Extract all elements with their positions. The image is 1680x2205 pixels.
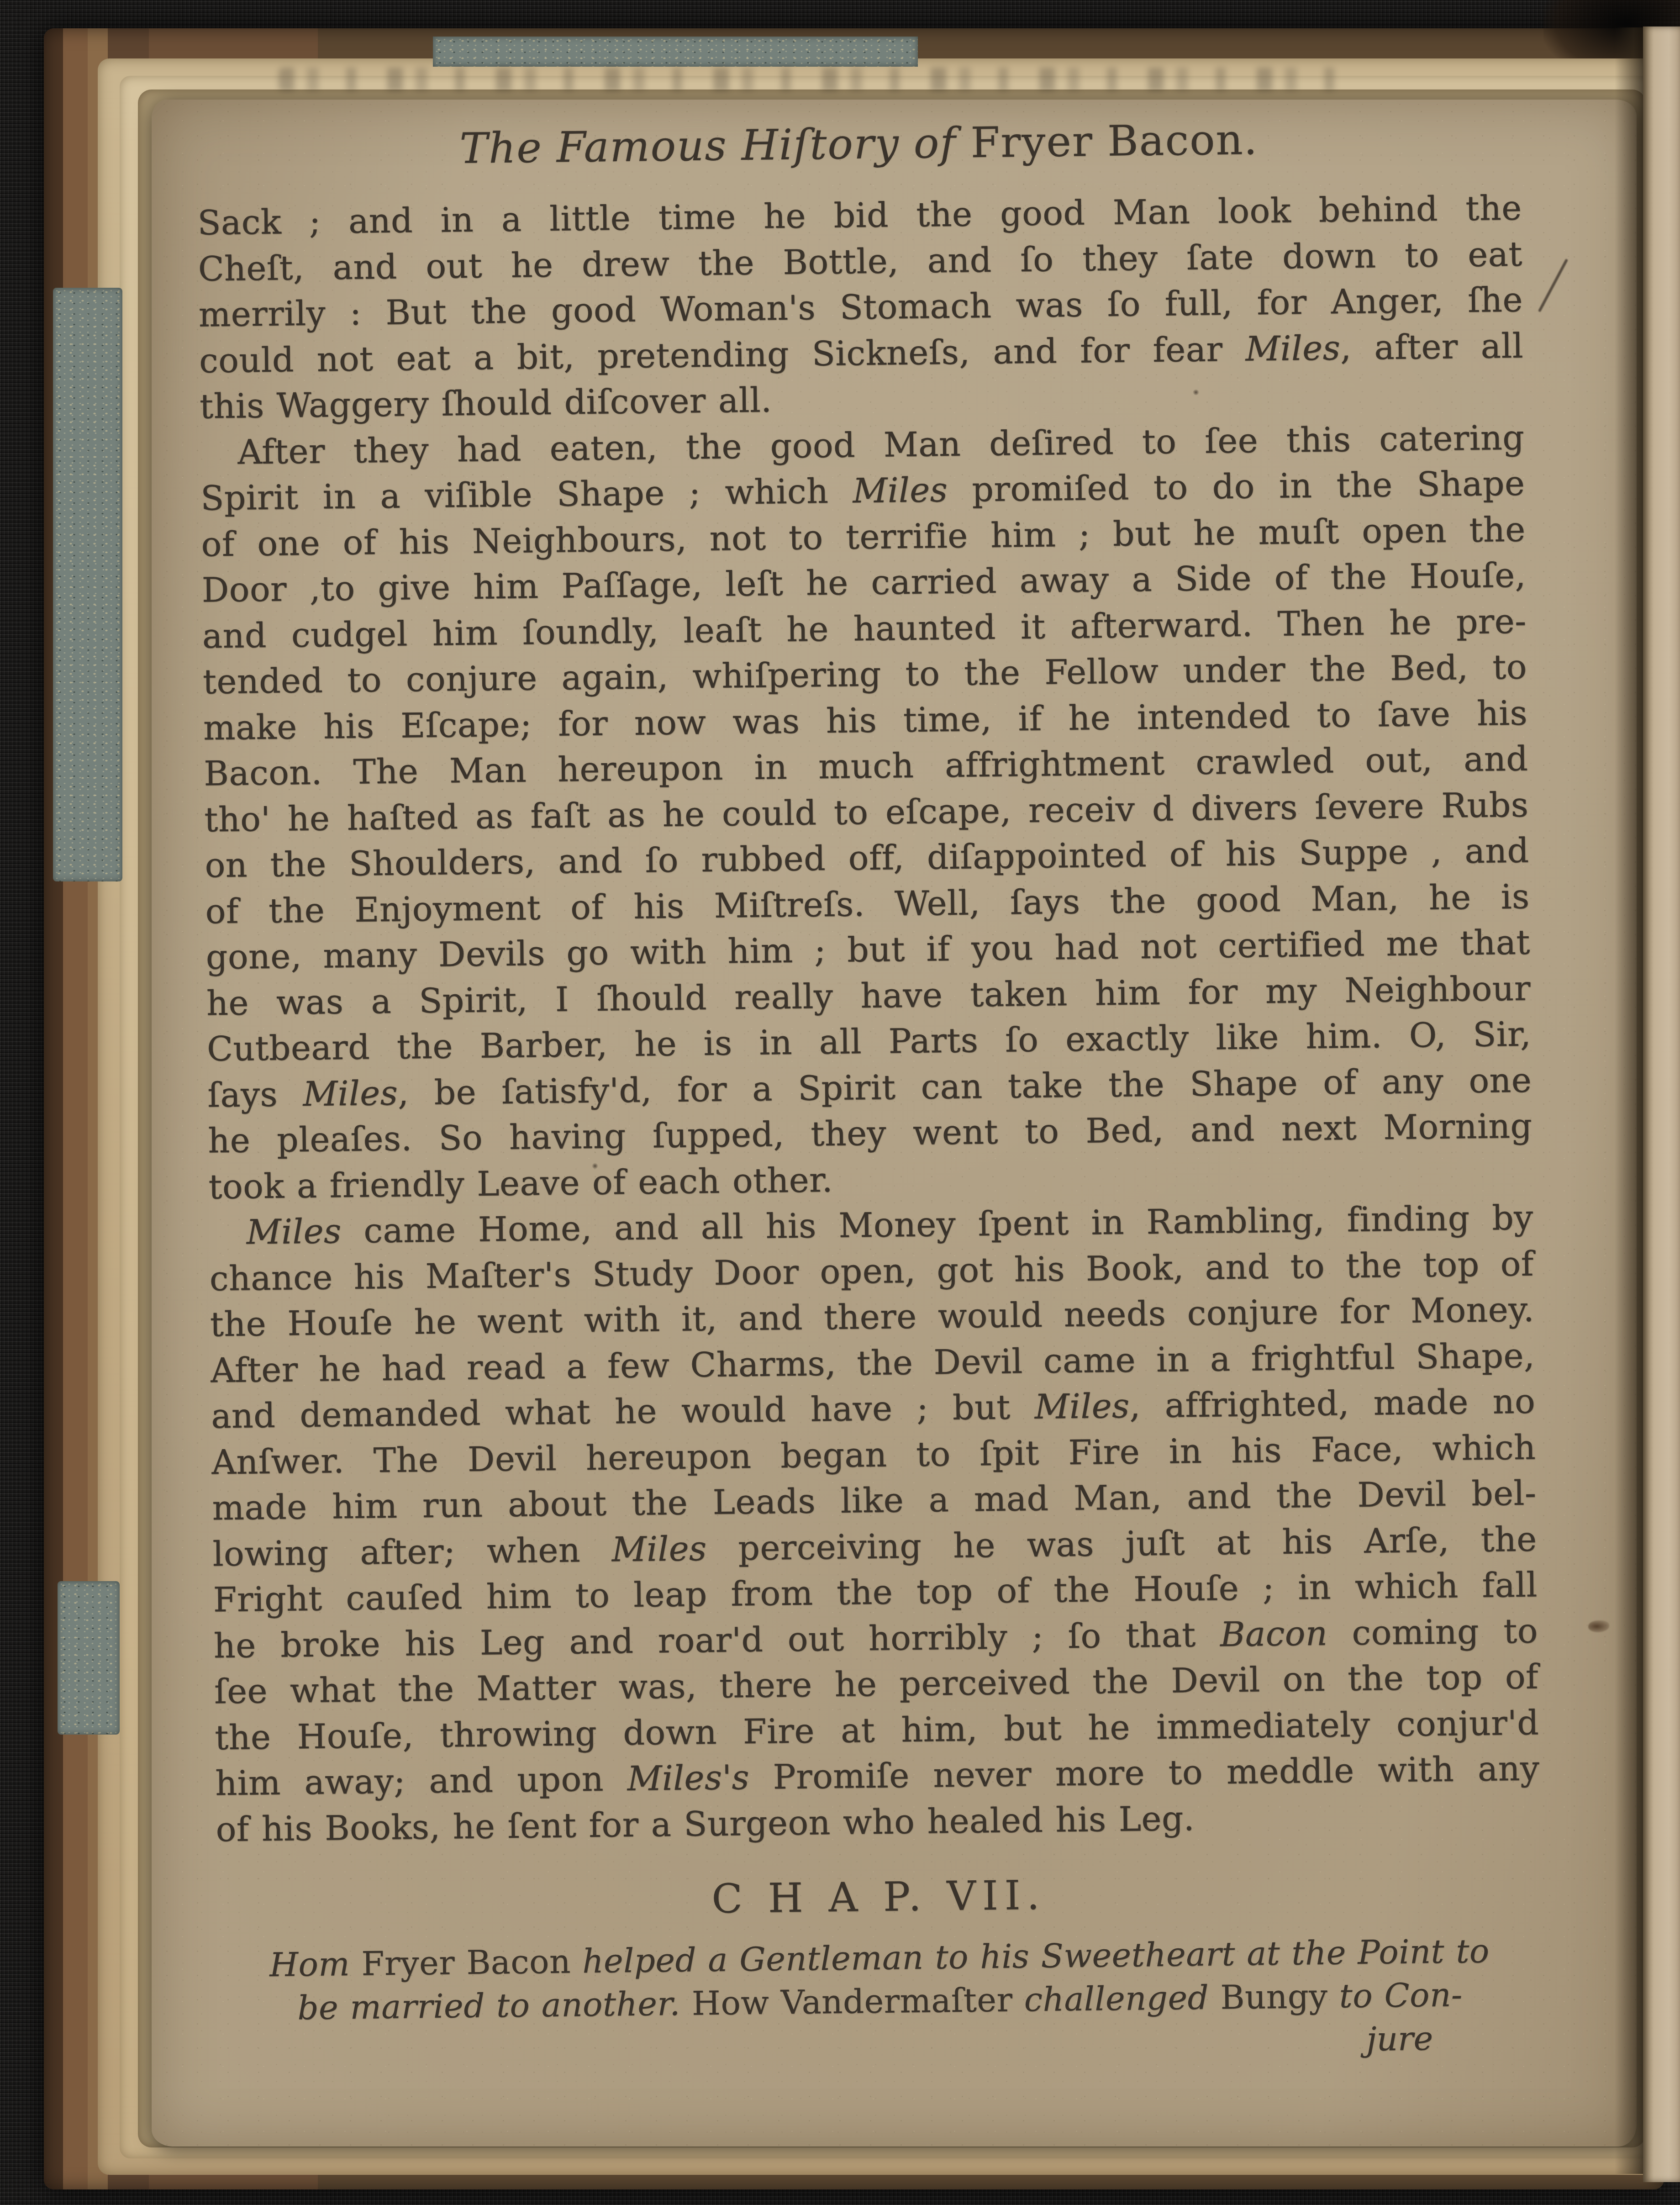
body-text: Sack ; and in a little time he bid the g…	[197, 185, 1540, 1853]
show-through-band	[279, 68, 1343, 91]
marbled-strip-left-upper	[53, 288, 122, 881]
text-segment: Fryer Bacon	[361, 1942, 583, 1983]
text-segment: him away; and upon	[215, 1759, 627, 1803]
italic-text-segment: The Famous Hiſtory of	[459, 118, 971, 173]
italic-text-segment: Miles	[611, 1529, 707, 1569]
italic-text-segment: Miles	[303, 1073, 398, 1113]
chapter-subtitle: Hom Fryer Bacon helped a Gentleman to hi…	[217, 1929, 1543, 2074]
text-segment: , after all	[1340, 326, 1524, 368]
text-segment: coming to	[1327, 1611, 1538, 1653]
text-segment: Fryer Bacon.	[970, 115, 1259, 167]
text-segment: Spirit in a viſible Shape ; which	[200, 471, 853, 518]
text-segment: promiſed to do in the Shape	[948, 464, 1525, 509]
italic-text-segment: Miles	[1245, 328, 1341, 369]
text-segment: How Vandermaſter	[692, 1980, 1025, 2022]
adjacent-page-edge	[1643, 26, 1680, 2182]
text-segment: Promiſe never more to meddle with any	[749, 1749, 1540, 1797]
italic-text-segment: Hom	[269, 1945, 362, 1984]
italic-text-segment: challenged	[1024, 1978, 1221, 2019]
marbled-strip-left-lower	[58, 1581, 120, 1735]
text-segment: and demanded what he would have ; but	[211, 1387, 1035, 1436]
running-title: The Famous Hiſtory of Fryer Bacon.	[196, 112, 1521, 176]
text-segment: ſays	[207, 1074, 303, 1114]
marbled-strip-top	[433, 37, 918, 67]
catchword: jure	[1366, 2019, 1433, 2058]
italic-text-segment: Miles	[1034, 1386, 1130, 1426]
italic-text-segment: Miles	[853, 470, 948, 511]
italic-text-segment: Miles	[246, 1212, 342, 1252]
italic-text-segment: be married to another.	[297, 1984, 692, 2027]
chapter-heading: C H A P. VII.	[216, 1866, 1541, 1928]
text-segment: took a friendly Leave of each other.	[208, 1160, 833, 1207]
text-segment: Bungy	[1220, 1977, 1339, 2016]
text-segment: of his Books, he ſent for a Surgeon who …	[216, 1799, 1195, 1849]
italic-text-segment: Miles's	[627, 1758, 749, 1799]
italic-text-segment: to Con-	[1339, 1975, 1463, 2015]
text-segment: he broke his Leg and roar'd out horribly…	[214, 1615, 1221, 1666]
text-segment: lowing after; when	[212, 1530, 612, 1574]
italic-text-segment: helped a Gentleman to his Sweetheart at …	[582, 1932, 1490, 1981]
text-segment: perceiving he was juſt at his Arſe, the	[706, 1519, 1537, 1568]
text-segment: this Waggery ſhould diſcover all.	[200, 380, 772, 426]
text-segment: , affrighted, made no	[1129, 1382, 1536, 1425]
text-segment: could not eat a bit, pretending Sickneſs…	[199, 329, 1246, 380]
page-text-column: The Famous Hiſtory of Fryer Bacon. Sack …	[196, 102, 1543, 2136]
italic-text-segment: Bacon	[1220, 1614, 1328, 1654]
